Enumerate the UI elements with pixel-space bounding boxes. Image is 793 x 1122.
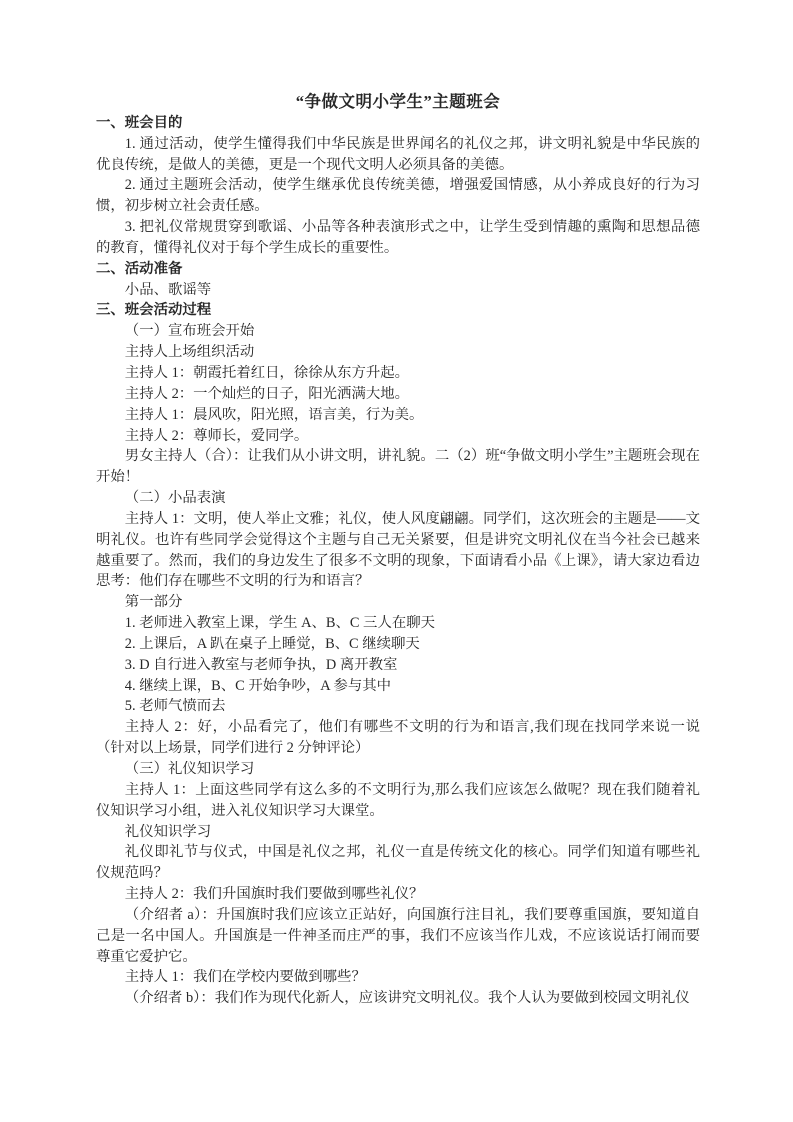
paragraph: （介绍者 a）：升国旗时我们应该立正站好，向国旗行注目礼，我们要尊重国旗，要知道…: [96, 905, 700, 968]
paragraph: 男女主持人（合）：让我们从小讲文明，讲礼貌。二（2）班“争做文明小学生”主题班会…: [96, 446, 700, 488]
paragraph: 3. D 自行进入教室与老师争执，D 离开教室: [96, 655, 700, 676]
paragraph: 5. 老师气愤而去: [96, 696, 700, 717]
document-title: “争做文明小学生”主题班会: [96, 92, 700, 113]
paragraph: 小品、歌谣等: [96, 280, 700, 301]
paragraph: 主持人 1：文明，使人举止文雅；礼仪，使人风度翩翩。同学们，这次班会的主题是——…: [96, 509, 700, 592]
paragraph: 主持人 2：尊师长，爱同学。: [96, 426, 700, 447]
paragraph: 2. 上课后，A 趴在桌子上睡觉，B、C 继续聊天: [96, 634, 700, 655]
paragraph: 主持人 2：一个灿烂的日子，阳光洒满大地。: [96, 384, 700, 405]
paragraph: 2. 通过主题班会活动，使学生继承优良传统美德，增强爱国情感，从小养成良好的行为…: [96, 175, 700, 217]
paragraph: 主持人 2：好，小品看完了，他们有哪些不文明的行为和语言,我们现在找同学来说一说…: [96, 717, 700, 759]
paragraph: 主持人 1：晨风吹，阳光照，语言美，行为美。: [96, 405, 700, 426]
paragraph: 第一部分: [96, 592, 700, 613]
paragraph: 1. 老师进入教室上课，学生 A、B、C 三人在聊天: [96, 613, 700, 634]
paragraph: （三）礼仪知识学习: [96, 759, 700, 780]
paragraph: 礼仪即礼节与仪式，中国是礼仪之邦，礼仪一直是传统文化的核心。同学们知道有哪些礼仪…: [96, 842, 700, 884]
paragraph: （二）小品表演: [96, 488, 700, 509]
document-body: 一、班会目的1. 通过活动，使学生懂得我们中华民族是世界闻名的礼仪之邦，讲文明礼…: [96, 113, 700, 1009]
paragraph: （介绍者 b）：我们作为现代化新人，应该讲究文明礼仪。我个人认为要做到校园文明礼…: [96, 988, 700, 1009]
paragraph: （一）宣布班会开始: [96, 321, 700, 342]
section-heading: 二、活动准备: [96, 259, 700, 280]
document-page: “争做文明小学生”主题班会 一、班会目的1. 通过活动，使学生懂得我们中华民族是…: [0, 0, 793, 1122]
paragraph: 3. 把礼仪常规贯穿到歌谣、小品等各种表演形式之中，让学生受到情趣的熏陶和思想品…: [96, 217, 700, 259]
paragraph: 1. 通过活动，使学生懂得我们中华民族是世界闻名的礼仪之邦，讲文明礼貌是中华民族…: [96, 134, 700, 176]
paragraph: 主持人上场组织活动: [96, 342, 700, 363]
paragraph: 主持人 1：我们在学校内要做到哪些？: [96, 967, 700, 988]
section-heading: 一、班会目的: [96, 113, 700, 134]
paragraph: 礼仪知识学习: [96, 822, 700, 843]
paragraph: 主持人 1：上面这些同学有这么多的不文明行为,那么我们应该怎么做呢？现在我们随着…: [96, 780, 700, 822]
paragraph: 4. 继续上课，B、C 开始争吵，A 参与其中: [96, 676, 700, 697]
paragraph: 主持人 2：我们升国旗时我们要做到哪些礼仪？: [96, 884, 700, 905]
paragraph: 主持人 1：朝霞托着红日，徐徐从东方升起。: [96, 363, 700, 384]
section-heading: 三、班会活动过程: [96, 300, 700, 321]
